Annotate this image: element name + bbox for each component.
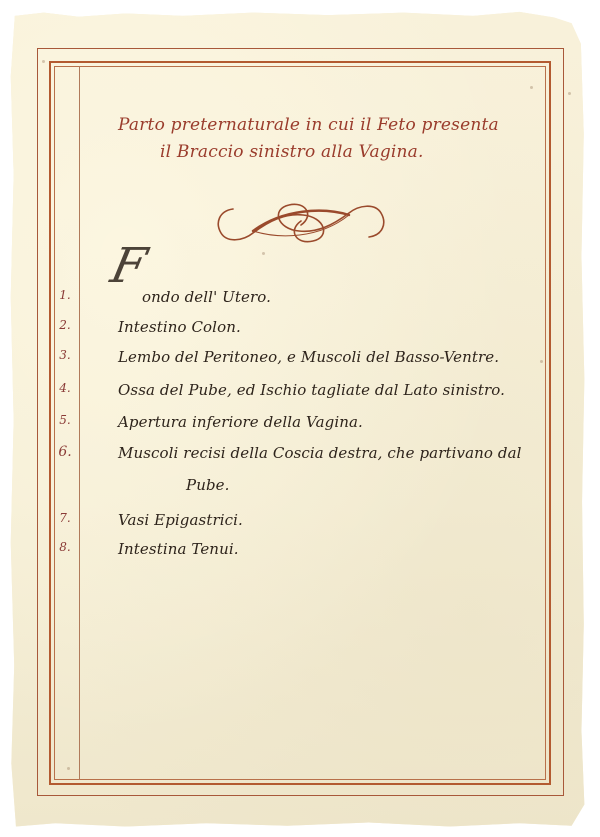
legend-entry: 8. Intestina Tenui. — [0, 540, 600, 562]
entry-number: 3. — [57, 348, 73, 362]
legend-entry: 7. Vasi Epigastrici. — [0, 511, 600, 533]
entry-text: Ossa del Pube, ed Ischio tagliate dal La… — [118, 381, 505, 399]
entry-text-continuation: Pube. — [186, 476, 230, 494]
title-line-2: il Braccio sinistro alla Vagina. — [118, 139, 528, 166]
entry-number: 5. — [57, 413, 73, 427]
entry-text: Muscoli recisi della Coscia destra, che … — [118, 444, 522, 462]
entry-number: 6. — [57, 444, 73, 460]
legend-entry: 1. ondo dell' Utero. — [0, 288, 600, 310]
document-title: Parto preternaturale in cui il Feto pres… — [118, 112, 528, 166]
paper-fleck — [568, 92, 571, 95]
entry-text: Vasi Epigastrici. — [118, 511, 243, 529]
legend-entry: 5. Apertura inferiore della Vagina. — [0, 413, 600, 435]
legend-entry: 6. Muscoli recisi della Coscia destra, c… — [0, 444, 600, 466]
entry-text: Apertura inferiore della Vagina. — [118, 413, 363, 431]
entry-text: Intestino Colon. — [118, 318, 241, 336]
legend-entry: 2. Intestino Colon. — [0, 318, 600, 340]
entry-text: Lembo del Peritoneo, e Muscoli del Basso… — [118, 348, 499, 366]
entry-number: 7. — [57, 511, 73, 525]
entry-number: 8. — [57, 540, 73, 554]
legend-entry: 3. Lembo del Peritoneo, e Muscoli del Ba… — [0, 348, 600, 370]
legend-entry: 4. Ossa del Pube, ed Ischio tagliate dal… — [0, 381, 600, 403]
title-line-1: Parto preternaturale in cui il Feto pres… — [118, 115, 499, 135]
legend-entry-continuation: Pube. — [0, 476, 600, 498]
calligraphic-flourish-ornament — [213, 201, 389, 245]
entry-text: Intestina Tenui. — [118, 540, 239, 558]
entry-text: ondo dell' Utero. — [142, 288, 271, 306]
entry-number: 4. — [57, 381, 73, 395]
entry-number: 2. — [57, 318, 73, 332]
entry-number: 1. — [57, 288, 73, 302]
